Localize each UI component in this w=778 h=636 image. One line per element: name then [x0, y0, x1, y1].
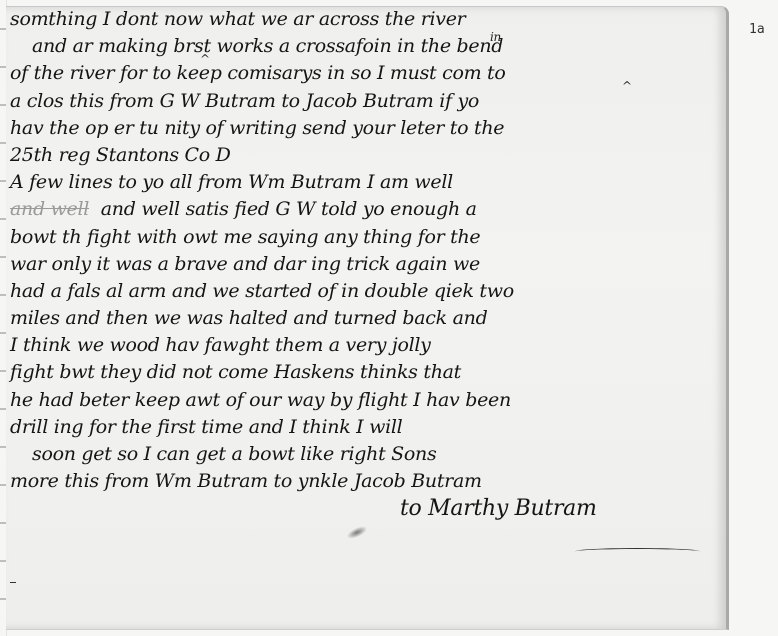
scanned-document: 1a somthing I dont now what we ar across… [0, 0, 778, 636]
letter-line-6: 25th reg Stantons Co D [10, 142, 740, 169]
line-text: of the river for to keep comisarys in so… [10, 62, 506, 84]
line-text: somthing I dont now what we ar across th… [10, 8, 465, 30]
letter-line-9: bowt th fight with owt me saying any thi… [10, 224, 740, 251]
line-text: I think we wood hav fawght them a very j… [10, 334, 431, 356]
line-text: a clos this from G W Butram to Jacob But… [10, 90, 479, 112]
letter-line-4: a clos this from G W Butram to Jacob But… [10, 88, 740, 115]
letter-line-5: hav the op er tu nity of writing send yo… [10, 115, 740, 142]
pen-flourish [575, 548, 700, 555]
letter-line-17: soon get so I can get a bowt like right … [10, 441, 740, 468]
page-number: 1a [749, 22, 765, 37]
letter-line-8: and well and well satis fied G W told yo… [10, 196, 740, 223]
letter-line-12: miles and then we was halted and turned … [10, 305, 740, 332]
line-text: drill ing for the first time and I think… [10, 416, 402, 438]
letter-line-11: had a fals al arm and we started of in d… [10, 278, 740, 305]
letter-line-13: I think we wood hav fawght them a very j… [10, 332, 740, 359]
handwritten-text: somthing I dont now what we ar across th… [10, 6, 740, 523]
letter-line-16: drill ing for the first time and I think… [10, 414, 740, 441]
letter-line-18: more this from Wm Butram to ynkle Jacob … [10, 468, 740, 495]
letter-line-14: fight bwt they did not come Haskens thin… [10, 359, 740, 386]
line-text: fight bwt they did not come Haskens thin… [10, 361, 461, 383]
line-text: had a fals al arm and we started of in d… [10, 280, 514, 302]
line-text: and well satis fied G W told yo enough a [101, 198, 477, 220]
line-text: and ar making brst works a crossafoin in… [32, 35, 503, 57]
interlinear-insertion: in [490, 31, 501, 43]
letter-line-15: he had beter keep awt of our way by flig… [10, 387, 740, 414]
line-text: hav the op er tu nity of writing send yo… [10, 117, 504, 139]
line-text: soon get so I can get a bowt like right … [32, 443, 436, 465]
line-text: to Marthy Butram [400, 496, 597, 521]
line-text: miles and then we was halted and turned … [10, 307, 487, 329]
line-text: 25th reg Stantons Co D [10, 144, 231, 166]
letter-line-10: war only it was a brave and dar ing tric… [10, 251, 740, 278]
margin-dash-mark [10, 582, 16, 583]
struck-through-text: and well [10, 198, 89, 220]
letter-line-3: of the river for to keep comisarys in so… [10, 60, 740, 87]
letter-line-1: somthing I dont now what we ar across th… [10, 6, 740, 33]
line-text: he had beter keep awt of our way by flig… [10, 389, 511, 411]
letter-line-2: and ar making brst works a crossafoin in… [10, 33, 740, 60]
line-text: more this from Wm Butram to ynkle Jacob … [10, 470, 482, 492]
line-text: bowt th fight with owt me saying any thi… [10, 226, 480, 248]
line-text: A few lines to yo all from Wm Butram I a… [10, 171, 453, 193]
line-text: war only it was a brave and dar ing tric… [10, 253, 480, 275]
letter-line-7: A few lines to yo all from Wm Butram I a… [10, 169, 740, 196]
letter-closing-addressee: to Marthy Butram [10, 495, 740, 522]
